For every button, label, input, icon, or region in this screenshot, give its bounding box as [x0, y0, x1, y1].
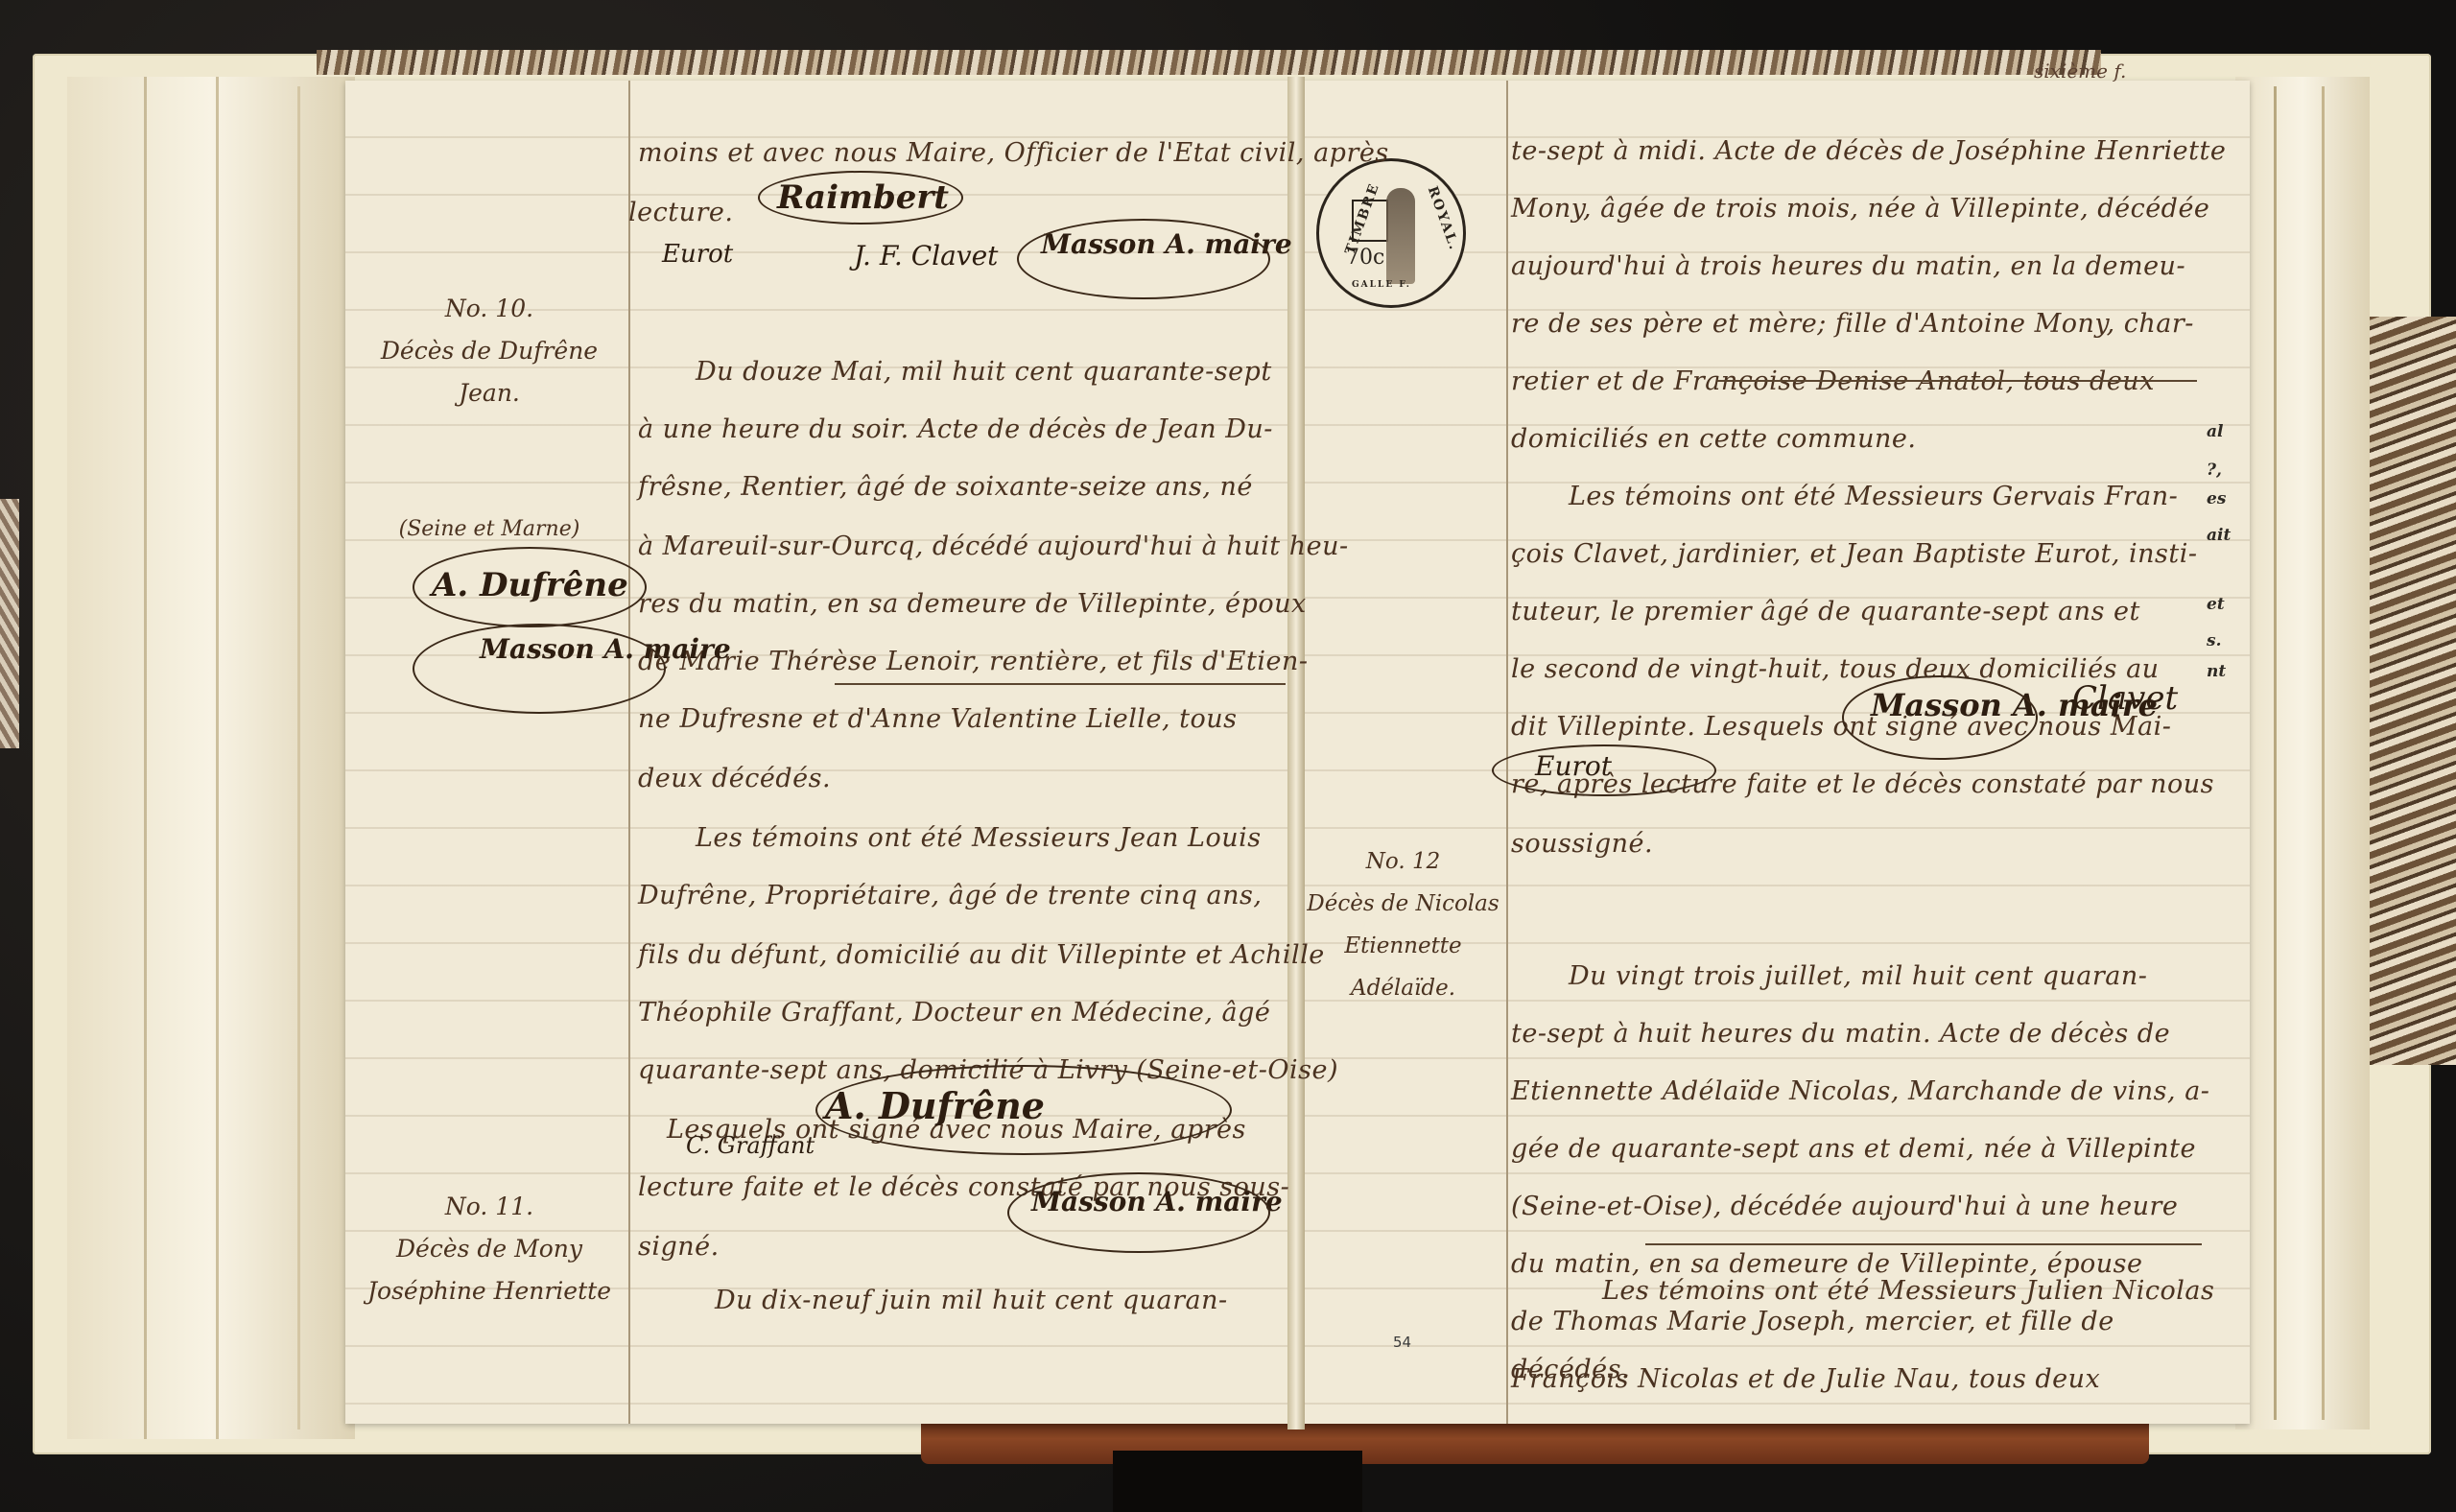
text-line: moins et avec nous Maire, Officier de l'… — [638, 125, 1389, 182]
folio-annotation: sixième f. — [2034, 59, 2126, 83]
text-line: signé. — [638, 1218, 720, 1276]
margin-entry-12: No. 12 Décès de Nicolas Etiennette Adéla… — [1300, 840, 1506, 1009]
entry-name: Joséphine Henriette — [365, 1270, 614, 1312]
signature-clavet-right: Clavet — [2072, 679, 2178, 718]
edge-text: es — [2207, 489, 2226, 508]
leaf-edge-line — [2274, 86, 2277, 1420]
margin-entry-10: No. 10. Décès de Dufrêne Jean. — [365, 288, 614, 414]
signature-flourish — [1017, 219, 1270, 299]
stamp-figure-icon — [1386, 188, 1415, 284]
text-line: (Seine-et-Oise), décédée aujourd'hui à u… — [1511, 1178, 2178, 1236]
page-number: 54 — [1393, 1334, 1411, 1351]
text-line: Etiennette Adélaïde Nicolas, Marchande d… — [1511, 1063, 2209, 1121]
leaf-edge-line — [2322, 86, 2325, 1420]
leaf-edge-line — [216, 77, 219, 1439]
text-line: de Marie Thérèse Lenoir, rentière, et fi… — [638, 633, 1308, 691]
text-line: Du dix-neuf juin mil huit cent quaran- — [715, 1272, 1228, 1330]
signature-clavet: J. F. Clavet — [854, 240, 998, 272]
page-stack-left — [67, 77, 355, 1439]
page-stack-right — [2235, 77, 2370, 1429]
entry-end-rule — [835, 683, 1286, 685]
text-line: à Mareuil-sur-Ourcq, décédé aujourd'hui … — [638, 518, 1349, 576]
stamp-engraver: GALLE F. — [1352, 280, 1411, 290]
leaf-edge-line — [297, 86, 300, 1429]
text-line: re de ses père et mère; fille d'Antoine … — [1511, 295, 2194, 353]
page-gutter — [1287, 77, 1305, 1429]
entry-number: No. 11. — [365, 1186, 614, 1228]
marbled-endpaper-left — [0, 499, 19, 748]
margin-entry-11: No. 11. Décès de Mony Joséphine Henriett… — [365, 1186, 614, 1312]
marbled-endpaper-right — [2360, 317, 2456, 1065]
text-line: Les témoins ont été Messieurs Gervais Fr… — [1569, 468, 2178, 526]
text-line: à une heure du soir. Acte de décès de Je… — [638, 401, 1273, 459]
text-line: Du douze Mai, mil huit cent quarante-sep… — [696, 343, 1272, 401]
text-line: soussigné. — [1511, 815, 1653, 873]
margin-note-seine-et-marne: (Seine et Marne) — [355, 508, 624, 551]
edge-text: ?, — [2207, 461, 2222, 480]
edge-text: al — [2207, 422, 2223, 441]
signature-flourish — [1492, 744, 1716, 796]
text-line: res du matin, en sa demeure de Villepint… — [638, 576, 1307, 633]
edge-text: et — [2207, 595, 2225, 614]
text-line: domiciliés en cette commune. — [1511, 411, 1916, 468]
left-page-margin-rule — [628, 81, 630, 1424]
entry-name: Jean. — [365, 372, 614, 414]
text-line: gée de quarante-sept ans et demi, née à … — [1511, 1121, 2196, 1178]
entry-number: No. 12 — [1300, 840, 1506, 883]
signature-eurot: Eurot — [662, 240, 733, 269]
leaf-edge-line — [144, 77, 147, 1439]
text-line: retier et de Françoise Denise Anatol, to… — [1511, 353, 2155, 411]
entry-name: Etiennette Adélaïde. — [1300, 925, 1506, 1009]
text-line: aujourd'hui à trois heures du matin, en … — [1511, 238, 2185, 295]
text-line: Les témoins ont été Messieurs Julien Nic… — [1602, 1263, 2197, 1320]
text-line: Mony, âgée de trois mois, née à Villepin… — [1511, 180, 2209, 238]
text-line: ne Dufresne et d'Anne Valentine Lielle, … — [638, 691, 1238, 748]
signature-flourish — [1842, 675, 2038, 760]
text-line: tuteur, le premier âgé de quarante-sept … — [1511, 583, 2140, 641]
signature-flourish — [413, 624, 666, 714]
edge-text: ait — [2207, 526, 2231, 545]
edge-text: s. — [2207, 631, 2222, 650]
text-line: Dufrêne, Propriétaire, âgé de trente cin… — [638, 867, 1262, 925]
signature-flourish — [815, 1065, 1232, 1155]
spine-shadow — [1113, 1451, 1362, 1512]
text-line: çois Clavet, jardinier, et Jean Baptiste… — [1511, 526, 2198, 583]
signature-graffant: C. Graffant — [686, 1132, 815, 1159]
entry-end-rule — [1717, 380, 2197, 382]
text-line: Théophile Graffant, Docteur en Médecine,… — [638, 984, 1270, 1042]
text-line: Les témoins ont été Messieurs Jean Louis — [696, 810, 1262, 867]
entry-end-rule — [1645, 1243, 2202, 1245]
entry-title: Décès de Mony — [365, 1228, 614, 1270]
signature-flourish — [758, 171, 963, 224]
text-line: frêsne, Rentier, âgé de soixante-seize a… — [638, 459, 1253, 516]
signature-flourish — [1007, 1172, 1270, 1253]
text-line: te-sept à midi. Acte de décès de Joséphi… — [1511, 123, 2226, 180]
right-page-margin-rule — [1506, 81, 1508, 1424]
edge-text: nt — [2207, 662, 2226, 681]
marbled-endpaper-top — [317, 50, 2101, 75]
entry-title: Décès de Nicolas — [1300, 883, 1506, 925]
text-line: fils du défunt, domicilié au dit Villepi… — [638, 927, 1325, 984]
text-line: Du vingt trois juillet, mil huit cent qu… — [1569, 948, 2147, 1005]
book-spine — [921, 1422, 2149, 1464]
text-line: deux décédés. — [638, 750, 831, 808]
entry-number: No. 10. — [365, 288, 614, 330]
entry-title: Décès de Dufrêne — [365, 330, 614, 372]
text-line: lecture. — [628, 184, 733, 242]
stamp-value: 70c — [1346, 246, 1384, 270]
text-line: te-sept à huit heures du matin. Acte de … — [1511, 1005, 2170, 1063]
signature-flourish — [413, 547, 647, 627]
text-line: décédés. — [1511, 1341, 1630, 1399]
